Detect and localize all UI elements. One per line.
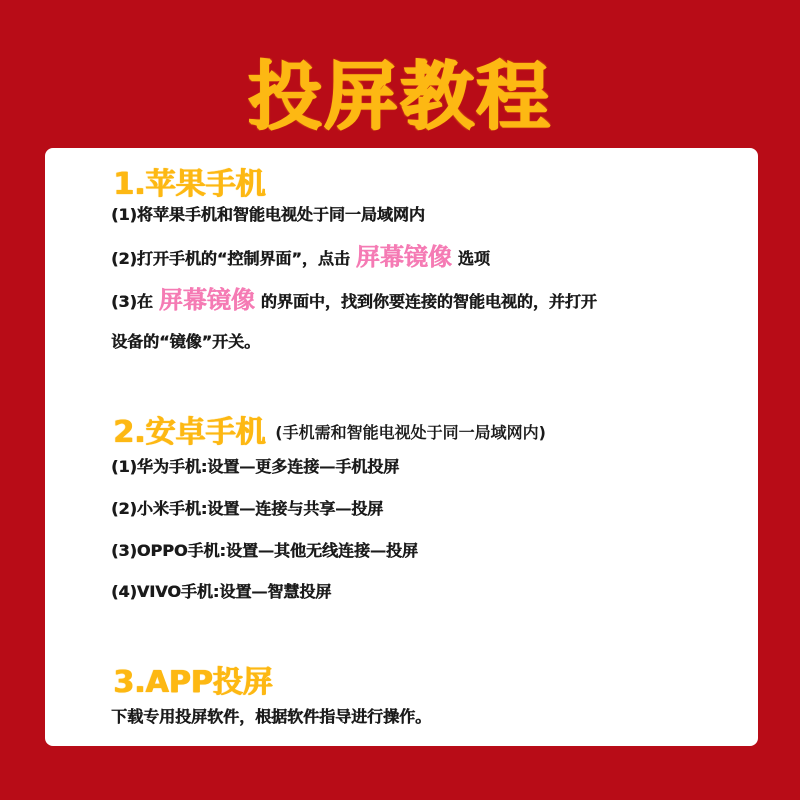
tutorial-card: 1.苹果手机 (1)将苹果手机和智能电视处于同一局域网内 (2)打开手机的“控制… xyxy=(45,148,758,746)
page-title: 投屏教程 xyxy=(0,52,800,142)
apple-step-1: (1)将苹果手机和智能电视处于同一局域网内 xyxy=(111,202,425,228)
section-heading-android: 2.安卓手机(手机需和智能电视处于同一局域网内) xyxy=(113,416,546,450)
apple-step-3-cont: 设备的“镜像”开关。 xyxy=(111,329,260,355)
section-heading-app: 3.APP投屏 xyxy=(113,666,272,700)
apple-step-3: (3)在屏幕镜像的界面中，找到你要连接的智能电视的，并打开 xyxy=(111,287,597,315)
screen-mirroring-highlight: 屏幕镜像 xyxy=(159,286,255,314)
android-step-xiaomi: (2)小米手机:设置—连接与共享—投屏 xyxy=(111,496,383,522)
screen-mirroring-highlight: 屏幕镜像 xyxy=(356,243,452,271)
section-heading-apple: 1.苹果手机 xyxy=(113,168,265,202)
android-step-huawei: (1)华为手机:设置—更多连接—手机投屏 xyxy=(111,454,399,480)
android-step-vivo: (4)VIVO手机:设置—智慧投屏 xyxy=(111,579,331,605)
android-note: (手机需和智能电视处于同一局域网内) xyxy=(275,423,546,442)
apple-step-2: (2)打开手机的“控制界面”，点击屏幕镜像选项 xyxy=(111,244,490,272)
android-step-oppo: (3)OPPO手机:设置—其他无线连接—投屏 xyxy=(111,538,418,564)
app-step: 下载专用投屏软件，根据软件指导进行操作。 xyxy=(111,704,431,730)
